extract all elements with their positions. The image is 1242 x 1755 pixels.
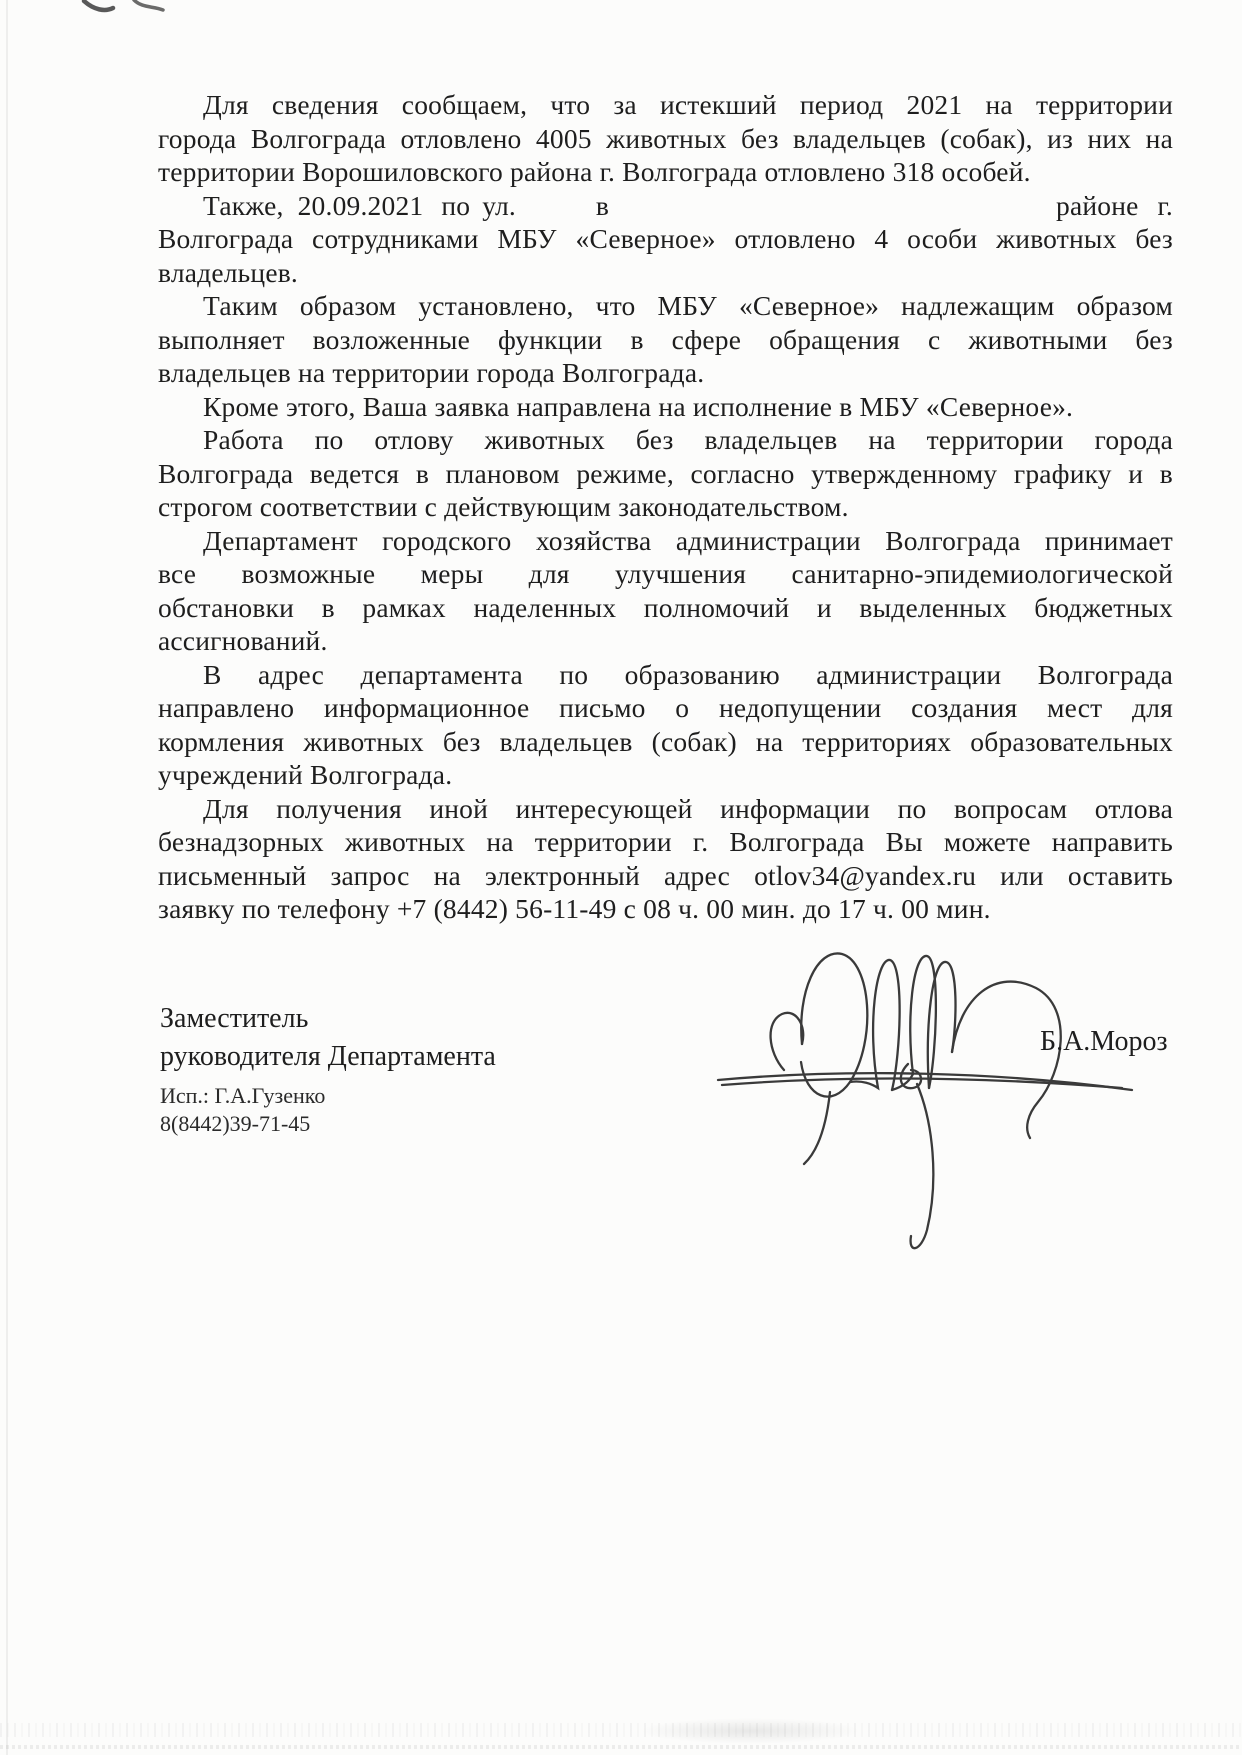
scan-edge-line (6, 0, 8, 1755)
scan-artifact-top (78, 0, 178, 18)
scanned-letter-page: Для сведения сообщаем, что за истекший п… (0, 0, 1242, 1755)
signoff-position-line1: Заместитель (160, 1000, 496, 1038)
paragraph-6: Департамент городского хозяйства админис… (158, 524, 1173, 658)
paragraph-1: Для сведения сообщаем, что за истекший п… (158, 88, 1173, 189)
executor-name: Исп.: Г.А.Гузенко (160, 1082, 325, 1110)
text-line: все возможные меры для улучшения санитар… (158, 557, 1173, 591)
text-line: кормления животных без владельцев (собак… (158, 725, 1173, 759)
signoff-position-line2: руководителя Департамента (160, 1038, 496, 1076)
text-line: направлено информационное письмо о недоп… (158, 691, 1173, 725)
text-line: Для получения иной интересующей информац… (158, 792, 1173, 826)
text-line: учреждений Волгограда. (158, 758, 1173, 792)
word: Также, (203, 189, 284, 223)
letter-body: Для сведения сообщаем, что за истекший п… (158, 88, 1173, 926)
word: ул. (482, 189, 516, 223)
paragraph-3: Таким образом установлено, что МБУ «Севе… (158, 289, 1173, 390)
text-line: Департамент городского хозяйства админис… (158, 524, 1173, 558)
text-line: выполняет возложенные функции в сфере об… (158, 323, 1173, 357)
redacted-text-line: Также, 20.09.2021 по ул. в районе г. (158, 189, 1173, 223)
scan-noise-band (0, 1723, 1242, 1737)
word: г. (1158, 189, 1173, 223)
text-line: заявку по телефону +7 (8442) 56-11-49 с … (158, 892, 1173, 926)
date-value: 20.09.2021 (298, 189, 424, 223)
word: в (596, 189, 609, 223)
signoff-position: Заместитель руководителя Департамента (160, 1000, 496, 1076)
text-line: строгом соответствии с действующим закон… (158, 490, 1173, 524)
paragraph-8: Для получения иной интересующей информац… (158, 792, 1173, 926)
text-line: территории Ворошиловского района г. Волг… (158, 155, 1173, 189)
executor-block: Исп.: Г.А.Гузенко 8(8442)39-71-45 (160, 1082, 325, 1138)
paragraph-5: Работа по отлову животных без владельцев… (158, 423, 1173, 524)
text-line: Для сведения сообщаем, что за истекший п… (158, 88, 1173, 122)
text-line: владельцев на территории города Волгогра… (158, 356, 1173, 390)
text-line: города Волгограда отловлено 4005 животны… (158, 122, 1173, 156)
word: районе (1056, 189, 1139, 223)
handwritten-signature (680, 930, 1240, 1260)
paragraph-2: Также, 20.09.2021 по ул. в районе г. Вол… (158, 189, 1173, 290)
paragraph-7: В адрес департамента по образованию адми… (158, 658, 1173, 792)
text-line: В адрес департамента по образованию адми… (158, 658, 1173, 692)
text-line: Волгограда ведется в плановом режиме, со… (158, 457, 1173, 491)
signer-name: Б.А.Мороз (1040, 1026, 1168, 1058)
executor-phone: 8(8442)39-71-45 (160, 1110, 325, 1138)
text-line: владельцев. (158, 256, 1173, 290)
text-line: ассигнований. (158, 624, 1173, 658)
word: по (441, 189, 470, 223)
text-line: обстановки в рамках наделенных полномочи… (158, 591, 1173, 625)
text-line: Работа по отлову животных без владельцев… (158, 423, 1173, 457)
text-line: Кроме этого, Ваша заявка направлена на и… (158, 390, 1173, 424)
text-line: Таким образом установлено, что МБУ «Севе… (158, 289, 1173, 323)
text-line: Волгограда сотрудниками МБУ «Северное» о… (158, 222, 1173, 256)
scan-noise-band (0, 1745, 1242, 1749)
text-line: безнадзорных животных на территории г. В… (158, 825, 1173, 859)
paragraph-4: Кроме этого, Ваша заявка направлена на и… (158, 390, 1173, 424)
text-line: письменный запрос на электронный адрес o… (158, 859, 1173, 893)
